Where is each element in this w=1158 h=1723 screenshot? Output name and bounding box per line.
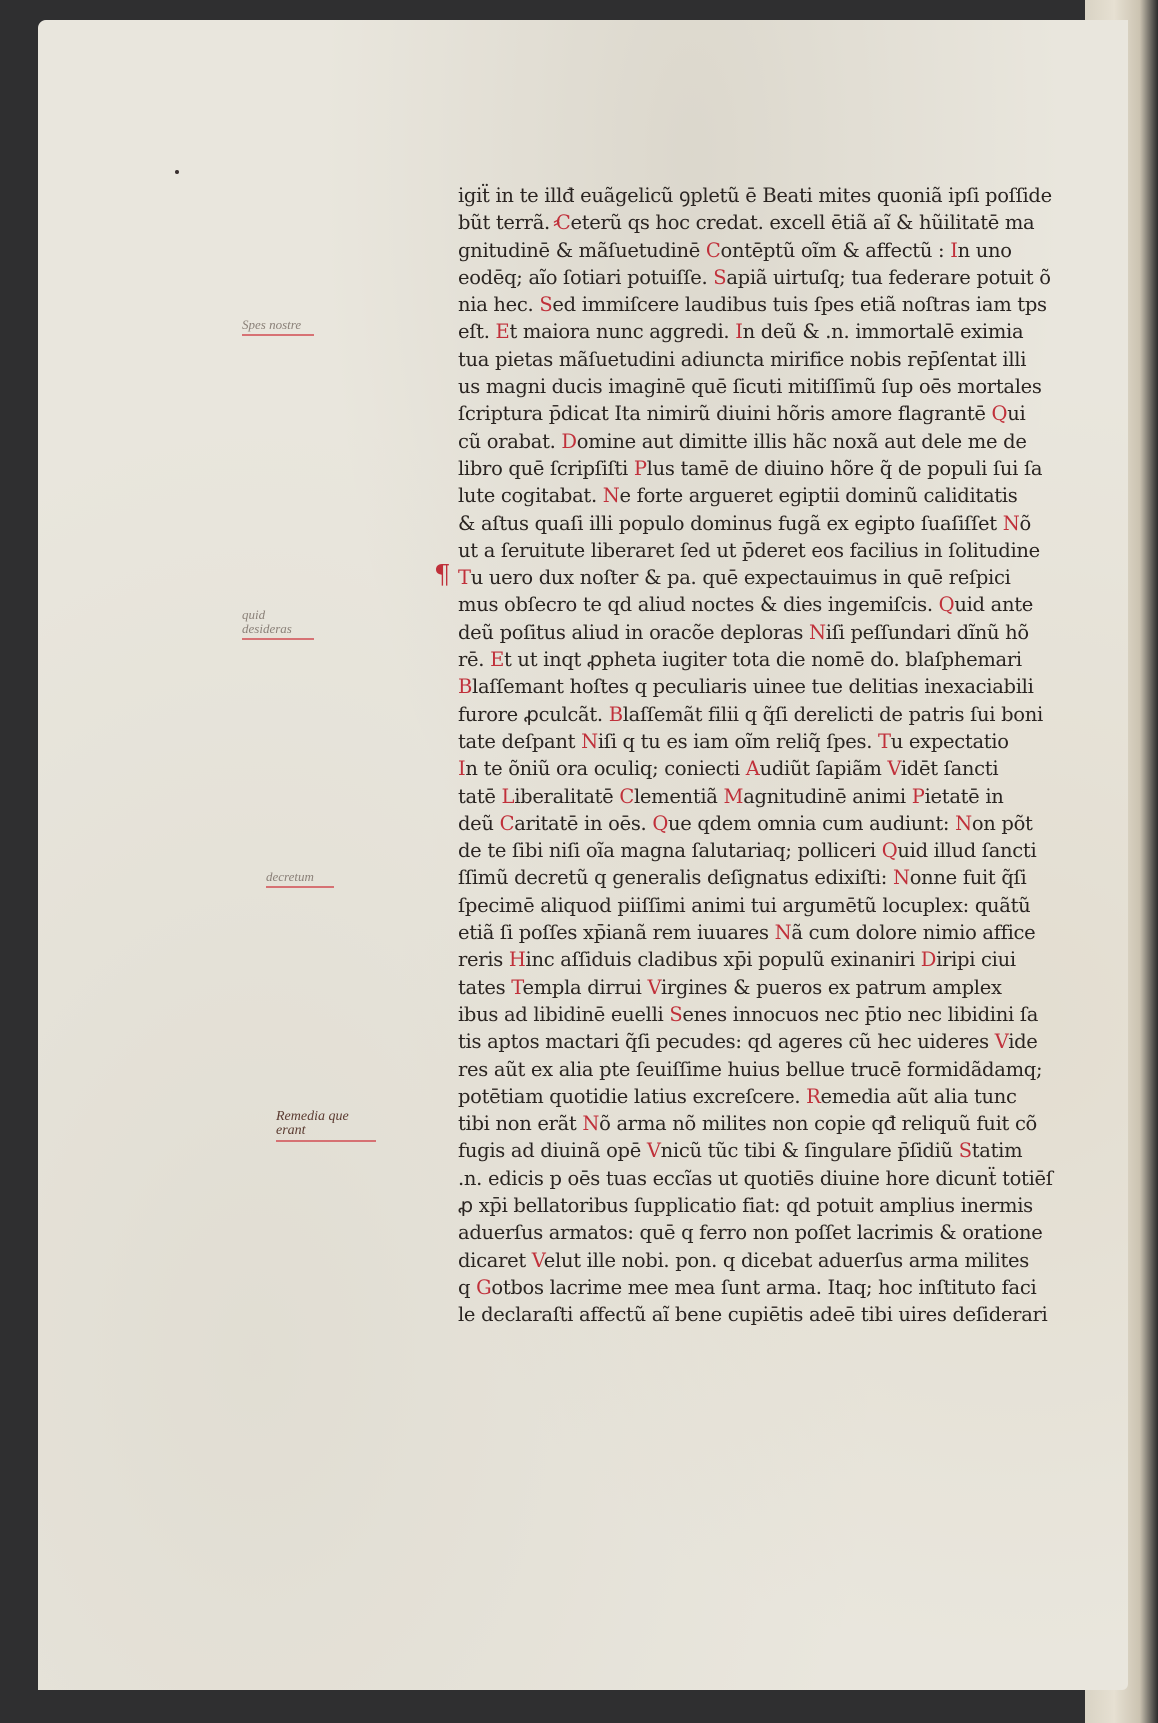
text-line: Blaſſemant hoſtes q peculiaris uinee tue…: [458, 673, 1068, 700]
text-line: In te õniũ ora oculiq; coniecti Audiũt ſ…: [458, 755, 1068, 782]
text-line: le declaraſti affectũ aĩ bene cupiētis a…: [458, 1301, 1068, 1328]
text-line: rē. Et ut inqt ꝓpheta iugiter tota die n…: [458, 646, 1068, 673]
text-line: tate deſpant Niſi q tu es iam oĩm reliq̃…: [458, 728, 1068, 755]
text-line: de te ſibi niſi oĩa magna ſalutariaq; po…: [458, 837, 1068, 864]
text-line: mus obſecro te qd aliud noctes & dies in…: [458, 591, 1068, 618]
red-underline: [242, 334, 314, 336]
body-text: igiẗ in te illđ euãgelicũ ꝯpletũ ē Beati…: [458, 182, 1068, 1328]
marginal-note-text: Remedia que erant: [276, 1109, 349, 1138]
text-line: us magni ducis imaginē quē ſicuti mitiſſ…: [458, 373, 1068, 400]
text-line: ꝓ xp̄i bellatoribus ſupplicatio fiat: qd…: [458, 1192, 1068, 1219]
text-line: q Gotbos lacrime mee mea ſunt arma. Itaq…: [458, 1274, 1068, 1301]
text-line: tis aptos mactari q̃ſi pecudes: qd agere…: [458, 1028, 1068, 1055]
text-line: reris Hinc aſſiduis cladibus xp̄i populũ…: [458, 946, 1068, 973]
marginal-note: Remedia que erant: [276, 1110, 376, 1142]
text-line: & aſtus quaſi illi populo dominus fugã e…: [458, 510, 1068, 537]
text-line: furore ꝓculcãt. Blaſſemãt filii q q̃ſi d…: [458, 701, 1068, 728]
marginal-note-text: Spes nostre: [242, 317, 301, 332]
text-line: tua pietas mãſuetudini adiuncta mirifice…: [458, 346, 1068, 373]
ink-spot: [175, 170, 179, 174]
text-line: eſt. Et maiora nunc aggredi. In deũ & .n…: [458, 318, 1068, 345]
marginal-note: decretum: [266, 870, 334, 888]
red-underline: [276, 1140, 376, 1142]
text-line: tates Templa dirrui Virgines & pueros ex…: [458, 974, 1068, 1001]
marginal-note-text: decretum: [266, 869, 314, 884]
text-line: aduerſus armatos: quē q ferro non poſſet…: [458, 1219, 1068, 1246]
marginal-note: Spes nostre: [242, 318, 314, 336]
paragraph-mark-icon: ¶: [434, 560, 451, 590]
text-line: ibus ad libidinē euelli Senes innocuos n…: [458, 1001, 1068, 1028]
text-line: libro quē ſcripſiſti Plus tamē de diuino…: [458, 455, 1068, 482]
text-line: deũ Caritatē in oēs. Que qdem omnia cum …: [458, 810, 1068, 837]
text-line: deũ poſitus aliud in oracõe deploras Niſ…: [458, 619, 1068, 646]
text-line: bũt terrã. Ceterũ qs hoc credat. excell …: [458, 209, 1068, 236]
red-underline: [242, 638, 314, 640]
text-line: cũ orabat. Domine aut dimitte illis hãc …: [458, 428, 1068, 455]
text-line: gnitudinē & mãſuetudinē Contēptũ oĩm & a…: [458, 237, 1068, 264]
text-line: nia hec. Sed immiſcere laudibus tuis ſpe…: [458, 291, 1068, 318]
text-line: .n. edicis p oēs tuas eccĩas ut quotiēs …: [458, 1165, 1068, 1192]
text-line: ut a ſeruitute liberaret ſed ut p̄deret …: [458, 537, 1068, 564]
text-line: igiẗ in te illđ euãgelicũ ꝯpletũ ē Beati…: [458, 182, 1068, 209]
text-line: Tu uero dux noſter & pa. quē expectauimu…: [458, 564, 1068, 591]
text-line: dicaret Velut ille nobi. pon. q dicebat …: [458, 1247, 1068, 1274]
text-line: tibi non erãt Nõ arma nõ milites non cop…: [458, 1110, 1068, 1137]
text-line: etiã ſi poſſes xp̄ianã rem iuuares Nã cu…: [458, 919, 1068, 946]
text-line: ſcriptura p̄dicat Ita nimirũ diuini hõri…: [458, 400, 1068, 427]
text-line: lute cogitabat. Ne forte argueret egipti…: [458, 482, 1068, 509]
marginal-note-text: quid desideras: [242, 607, 292, 636]
text-line: tatē Liberalitatē Clementiã Magnitudinē …: [458, 783, 1068, 810]
text-line: res aũt ex alia pte ſeuiſſime huius bell…: [458, 1056, 1068, 1083]
text-line: eodēq; aĩo ſotiari potuiſſe. Sapiã uirtu…: [458, 264, 1068, 291]
text-line: potētiam quotidie latius excreſcere. Rem…: [458, 1083, 1068, 1110]
red-underline: [266, 886, 334, 888]
text-line: fugis ad diuinã opē Vnicũ tũc tibi & ſin…: [458, 1137, 1068, 1164]
text-line: ſſimũ decretũ q generalis deſignatus edi…: [458, 864, 1068, 891]
marginal-note: quid desideras: [242, 608, 314, 640]
text-line: ſpecimē aliquod piiſſimi animi tui argum…: [458, 892, 1068, 919]
